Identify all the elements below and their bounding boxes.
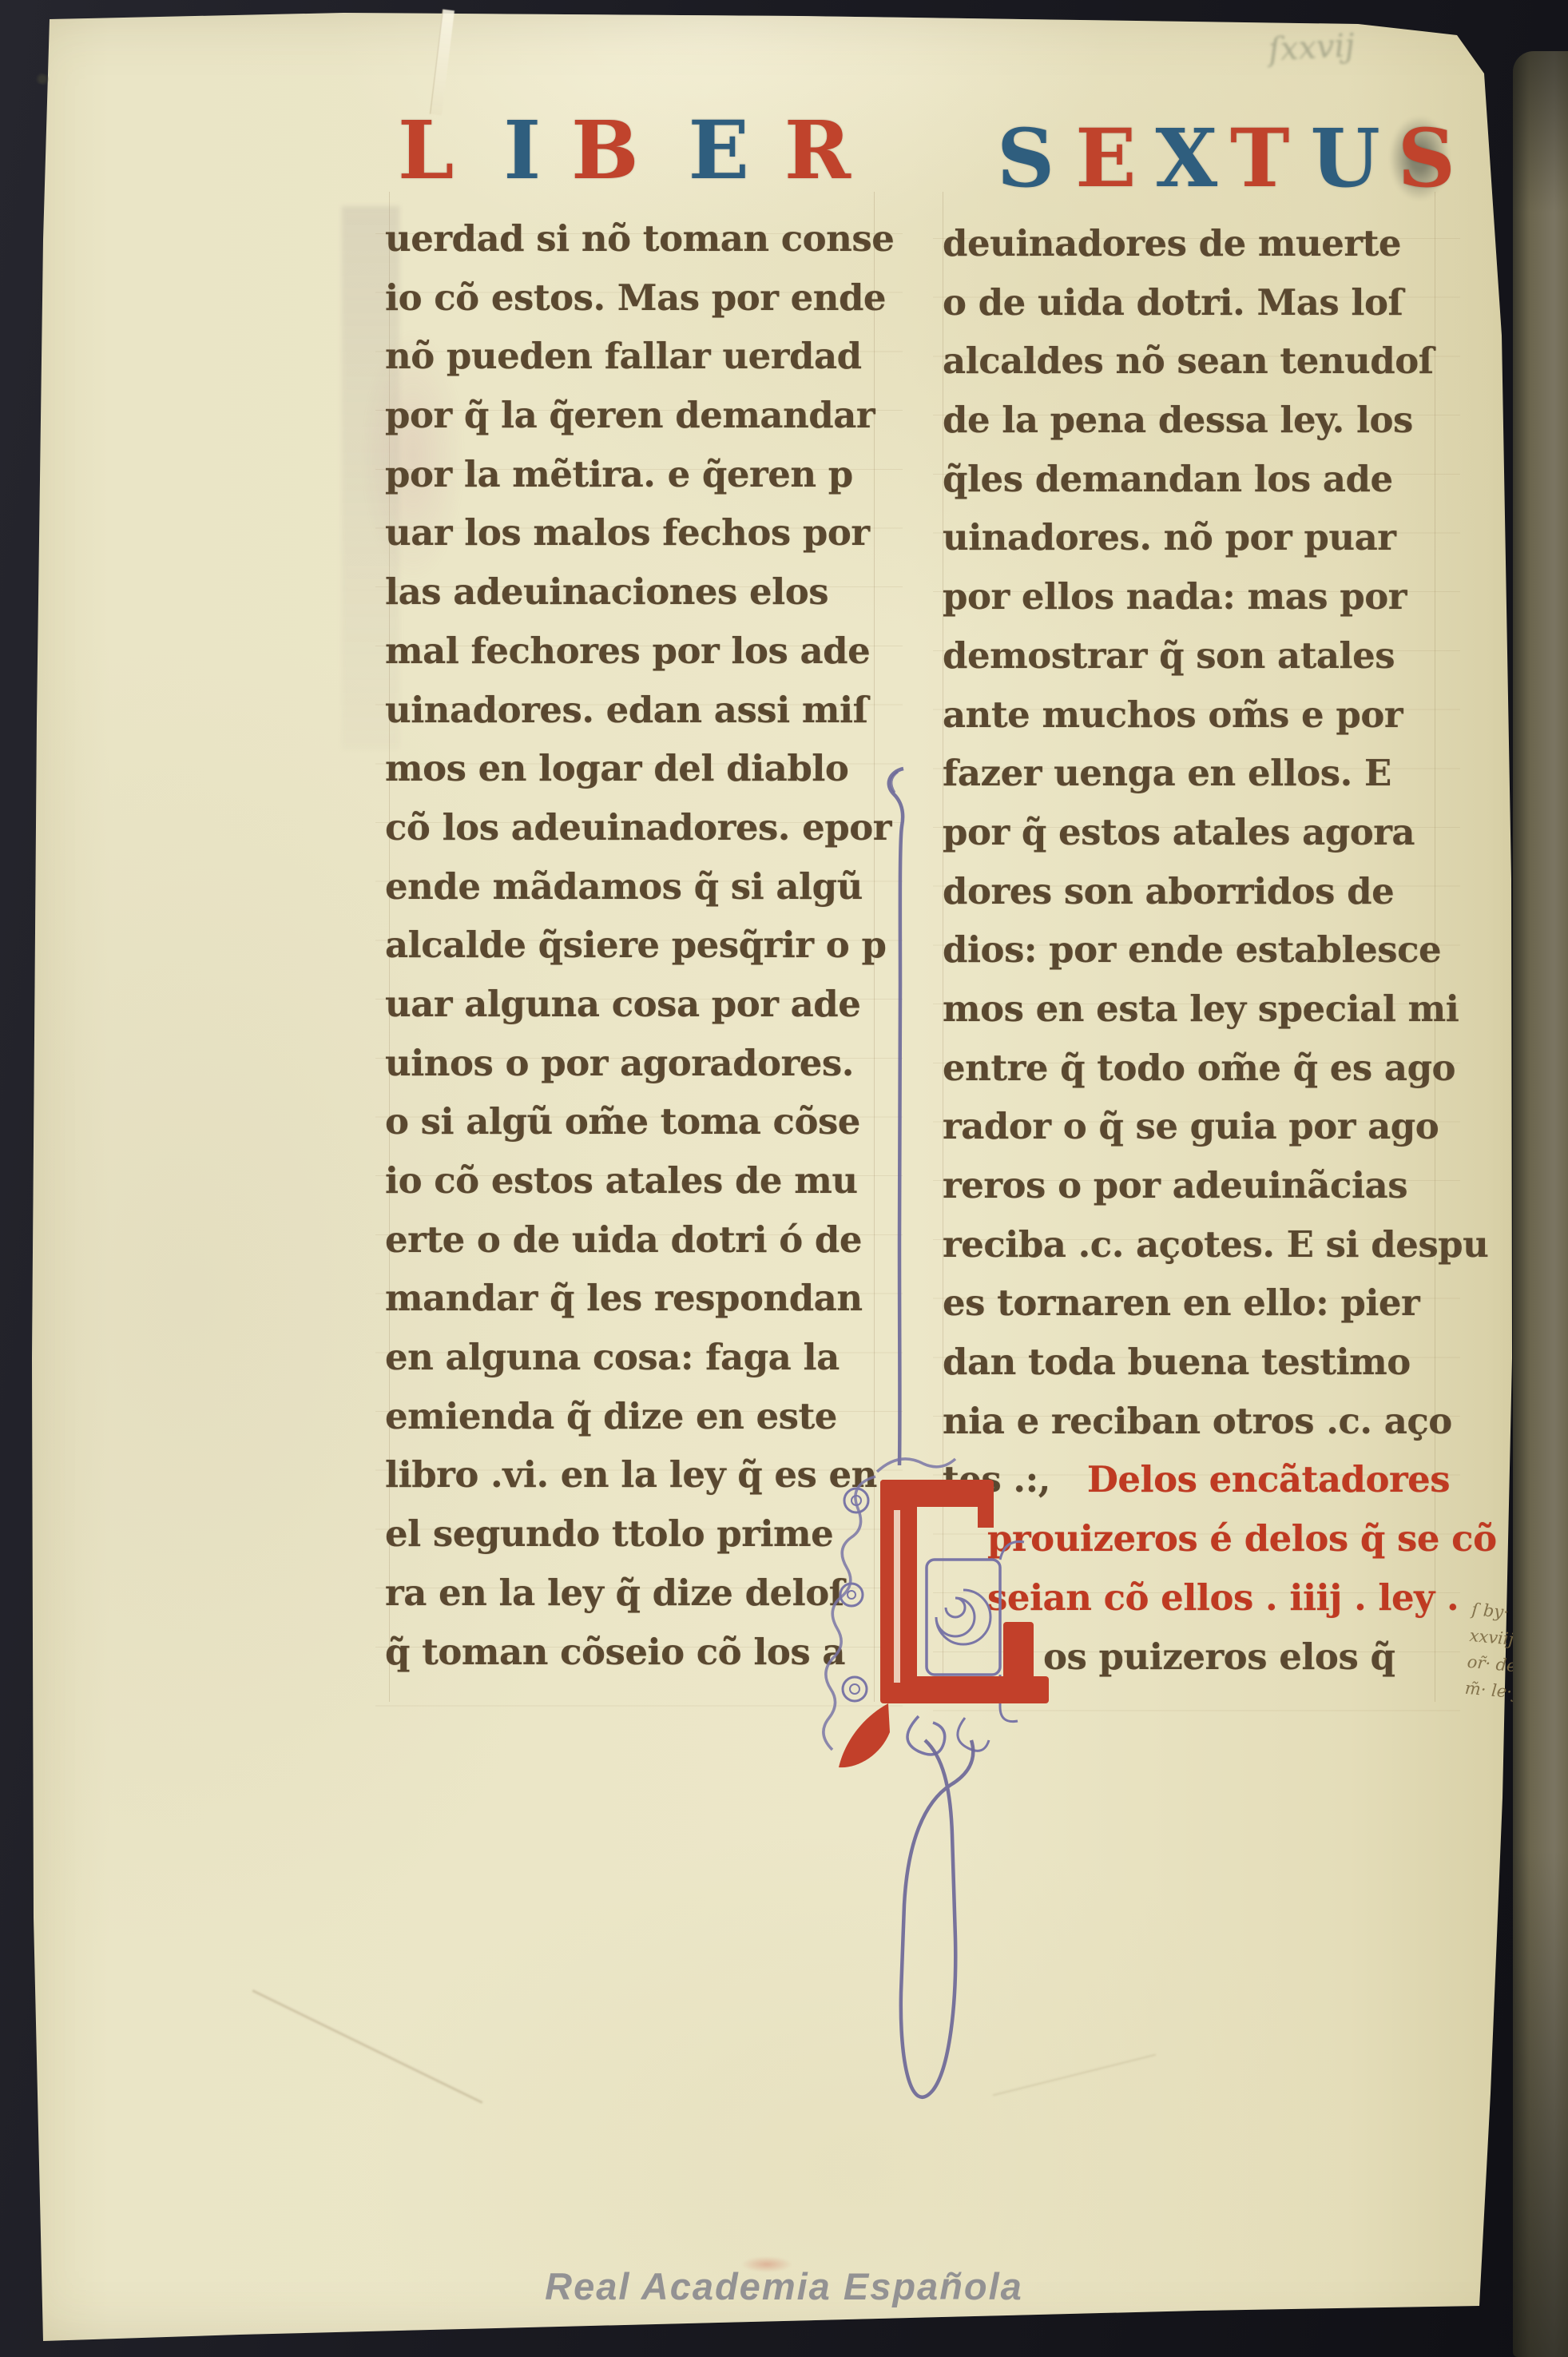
text-line: nõ pueden fallar uerdad	[385, 327, 896, 386]
text-line: mal fechores por los ade	[385, 622, 896, 681]
header-letter: S	[1398, 113, 1455, 203]
header-letter: R	[784, 105, 851, 195]
running-title-right: S E X T U S	[997, 113, 1455, 203]
flourish-scallops	[824, 1477, 875, 1750]
header-letter: I	[503, 105, 541, 195]
running-title-left: L I B E R	[398, 105, 851, 195]
library-watermark: Real Academia Española	[0, 2264, 1568, 2308]
text-line: demostrar q̃ son atales	[943, 626, 1470, 686]
text-line: uar los malos fechos por	[385, 503, 896, 562]
initial-letter-value: L	[0, 0, 1, 1]
text-line: q̃les demandan los ade	[943, 450, 1470, 509]
text-line: uerdad si nõ toman conse	[385, 209, 896, 268]
header-letter: U	[1310, 113, 1379, 203]
text-line: o de uida dotri. Mas loſ	[943, 273, 1470, 332]
text-line: uinadores. edan assi miſ	[385, 681, 896, 740]
header-letter: S	[997, 113, 1054, 203]
header-letter: T	[1230, 113, 1289, 203]
flourish-descender-loop	[901, 1740, 973, 2097]
text-line: alcaldes nõ sean tenudoſ	[943, 332, 1470, 391]
text-line: por ellos nada: mas por	[943, 567, 1470, 626]
text-line: por q̃ la q̃eren demandar	[385, 386, 896, 445]
text-line: ante muchos om̃s e por	[943, 686, 1470, 745]
text-line: uinadores. nõ por puar	[943, 508, 1470, 567]
initial-flourish-drawing	[815, 743, 1078, 2117]
text-line: os puizeros elos q̃	[1043, 1628, 1470, 1687]
text-line: de la pena dessa ley. los	[943, 391, 1470, 450]
initial-L	[839, 1480, 1049, 1767]
header-letter: L	[398, 105, 454, 195]
text-line: deuinadores de muerte	[943, 214, 1470, 273]
header-letter: E	[689, 105, 749, 195]
header-letter: X	[1155, 113, 1217, 203]
header-letter: B	[571, 105, 639, 195]
text-line: por la mẽtira. e q̃eren p	[385, 445, 896, 504]
next-page-edge	[1513, 51, 1568, 2357]
flourish-riser	[889, 769, 903, 1465]
text-line: las adeuinaciones elos	[385, 562, 896, 622]
header-letter: E	[1075, 113, 1136, 203]
text-line: io cõ estos. Mas por ende	[385, 268, 896, 328]
rubric-fragment: Delos encãtadores	[1087, 1458, 1450, 1500]
manuscript-photo: L I B E R S E X T U S uerdad si nõ toman…	[0, 0, 1568, 2357]
